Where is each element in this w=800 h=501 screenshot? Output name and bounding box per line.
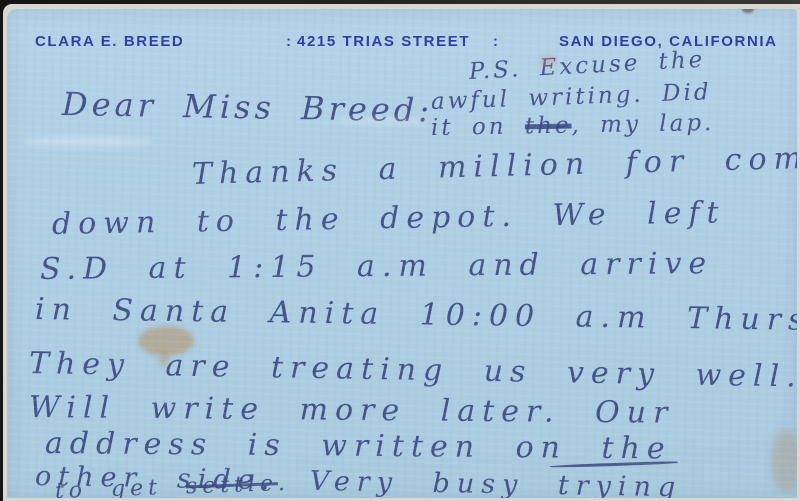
eraser-smudge bbox=[22, 137, 152, 146]
letterhead-separator: : bbox=[493, 33, 500, 50]
salutation: Dear Miss Breed: bbox=[62, 85, 434, 129]
body-line-9-text: . bbox=[278, 471, 291, 496]
letterhead-city: SAN DIEGO, CALIFORNIA bbox=[559, 33, 778, 50]
edge-nick bbox=[742, 9, 754, 13]
ps-line-3-text: , my lap. bbox=[571, 110, 714, 138]
body-line-5: They are treating us very well. bbox=[29, 346, 797, 394]
letterhead-separator: : bbox=[286, 33, 293, 50]
body-line-1: Thanks a million for coming bbox=[192, 139, 797, 192]
ps-line-3-text: it on bbox=[431, 114, 507, 141]
ps-line-3: it on the, my lap. bbox=[431, 110, 715, 141]
letterhead-street: 4215 TRIAS STREET bbox=[297, 33, 470, 50]
letterhead-name: CLARA E. BREED bbox=[35, 33, 184, 50]
body-line-6: Will write more later. Our bbox=[29, 390, 675, 431]
postcard: CLARA E. BREED : 4215 TRIAS STREET : SAN… bbox=[7, 9, 797, 498]
body-line-7-text: address is written on bbox=[45, 426, 567, 466]
body-line-9-text: to get bbox=[55, 475, 163, 498]
crossed-out-word: the bbox=[525, 113, 572, 140]
body-line-4: in Santa Anita 10:00 a.m Thursday bbox=[35, 292, 797, 339]
struck-word: settle bbox=[186, 471, 279, 498]
body-line-2: down to the depot. We left bbox=[52, 195, 726, 242]
stain bbox=[771, 429, 797, 493]
ps-line-1: P.S. Excuse the bbox=[468, 47, 706, 85]
body-line-7: address is written on the bbox=[45, 426, 672, 466]
postcard-scan: CLARA E. BREED : 4215 TRIAS STREET : SAN… bbox=[0, 0, 800, 501]
body-line-3: S.D at 1:15 a.m and arrive bbox=[40, 246, 713, 287]
underlined-word: the bbox=[601, 431, 671, 467]
